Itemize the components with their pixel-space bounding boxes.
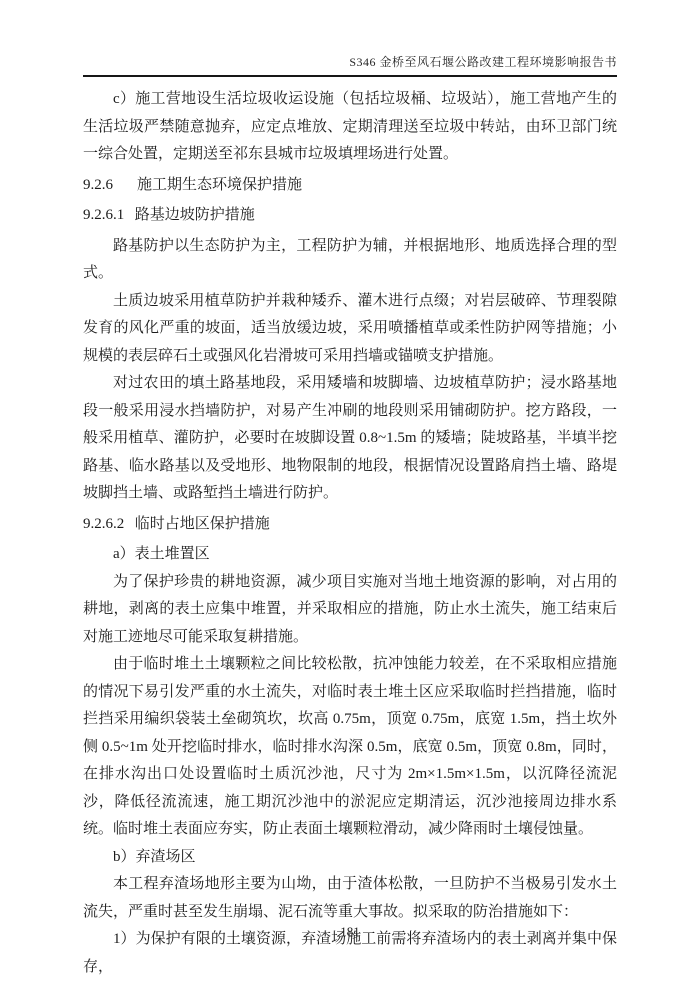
paragraph-farmland-roadbed-measures: 对过农田的填土路基地段，采用矮墙和坡脚墙、边坡植草防护；浸水路基地段一般采用浸水… <box>83 370 617 508</box>
header-title: S346 金桥至风石堰公路改建工程环境影响报告书 <box>83 54 617 70</box>
heading-number: 9.2.6.1 <box>83 207 124 223</box>
page-footer: 181 <box>0 924 700 940</box>
paragraph-temporary-stockpile-measures: 由于临时堆土土壤颗粒之间比较松散，抗冲蚀能力较差，在不采取相应措施的情况下易引发… <box>83 651 617 844</box>
heading-9-2-6: 9.2.6施工期生态环境保护措施 <box>83 172 617 200</box>
document-body: c）施工营地设生活垃圾收运设施（包括垃圾桶、垃圾站），施工营地产生的生活垃圾严禁… <box>83 86 617 981</box>
header-rule <box>83 75 617 77</box>
paragraph-camp-waste-facilities: c）施工营地设生活垃圾收运设施（包括垃圾桶、垃圾站），施工营地产生的生活垃圾严禁… <box>83 86 617 169</box>
heading-number: 9.2.6 <box>83 177 113 193</box>
paragraph-topsoil-protection: 为了保护珍贵的耕地资源，减少项目实施对当地土地资源的影响，对占用的耕地，剥离的表… <box>83 569 617 652</box>
heading-number: 9.2.6.2 <box>83 516 124 532</box>
paragraph-slope-protection-principle: 路基防护以生态防护为主，工程防护为辅，并根据地形、地质选择合理的型式。 <box>83 233 617 288</box>
paragraph-soil-slope-measures: 土质边坡采用植草防护并栽种矮乔、灌木进行点缀；对岩层破碎、节理裂隙发育的风化严重… <box>83 288 617 371</box>
heading-title: 施工期生态环境保护措施 <box>137 177 302 193</box>
heading-title: 临时占地区保护措施 <box>135 516 270 532</box>
sub-item-topsoil-stockpile-area: a）表土堆置区 <box>83 541 617 569</box>
page-number: 181 <box>340 924 360 939</box>
sub-item-spoil-ground-area: b）弃渣场区 <box>83 844 617 872</box>
heading-9-2-6-2: 9.2.6.2临时占地区保护措施 <box>83 511 617 539</box>
paragraph-spoil-ground-risk: 本工程弃渣场地形主要为山坳，由于渣体松散，一旦防护不当极易引发水土流失，严重时甚… <box>83 871 617 926</box>
heading-9-2-6-1: 9.2.6.1路基边坡防护措施 <box>83 202 617 230</box>
page-header: S346 金桥至风石堰公路改建工程环境影响报告书 <box>83 54 617 77</box>
document-page: S346 金桥至风石堰公路改建工程环境影响报告书 c）施工营地设生活垃圾收运设施… <box>0 0 700 990</box>
heading-title: 路基边坡防护措施 <box>135 207 255 223</box>
